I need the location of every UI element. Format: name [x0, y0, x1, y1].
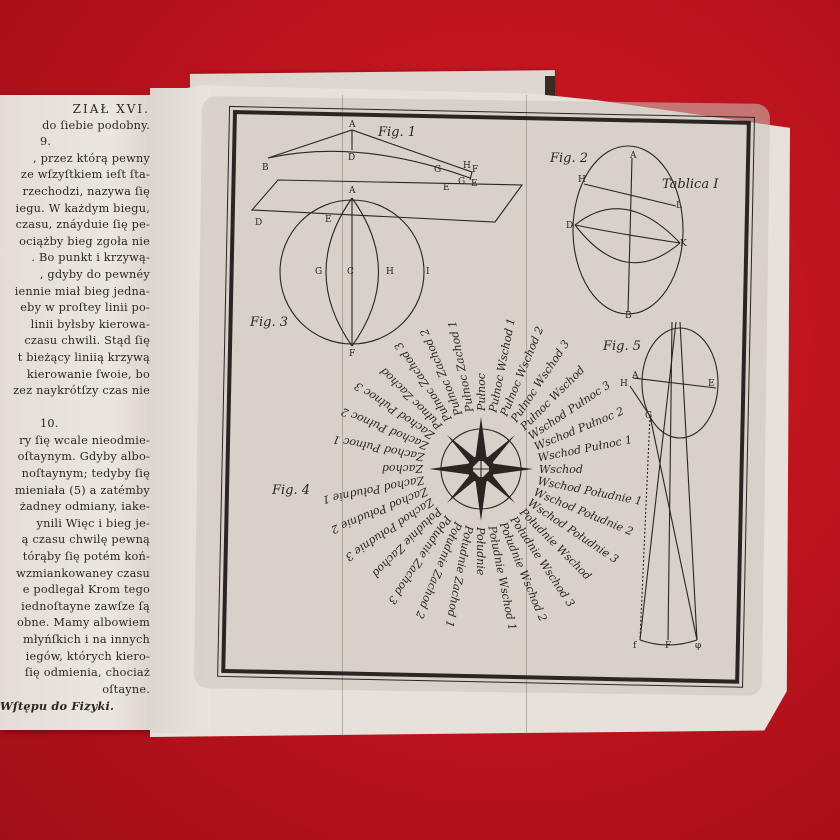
compass-point-label: Zachod [382, 462, 424, 475]
svg-text:F: F [472, 165, 478, 175]
fig5-label: Fig. 5 [602, 339, 641, 354]
svg-text:D: D [348, 153, 355, 163]
svg-text:E: E [443, 183, 450, 193]
svg-text:F: F [349, 349, 355, 359]
plate-title: Tablica I [662, 177, 719, 192]
compass-point-label: Południe [474, 526, 487, 576]
svg-text:G: G [434, 165, 441, 175]
svg-text:A: A [348, 120, 356, 130]
engraving-drawings: Fig. 1 Fig. 2 Fig. 3 Fig. 4 Fig. 5 Tabli… [0, 0, 840, 840]
figure-5 [630, 322, 718, 645]
figure-2 [573, 146, 683, 314]
svg-text:A: A [631, 371, 639, 381]
svg-text:D: D [566, 221, 573, 231]
svg-text:H: H [620, 379, 628, 389]
svg-text:G: G [458, 177, 465, 187]
svg-text:A: A [629, 151, 637, 161]
svg-text:H: H [463, 161, 471, 171]
compass-rose [429, 417, 533, 521]
compass-point-label: Pułnoc [475, 373, 488, 412]
svg-text:I: I [426, 267, 430, 277]
svg-text:B: B [262, 163, 269, 173]
svg-text:D: D [255, 218, 262, 228]
svg-text:f: f [633, 641, 637, 651]
compass-point-label: Wschod [539, 463, 583, 476]
fig2-label: Fig. 2 [549, 151, 588, 166]
svg-text:φ: φ [695, 641, 701, 651]
figure-1 [252, 130, 522, 222]
svg-text:E: E [325, 215, 332, 225]
svg-text:E: E [471, 179, 478, 189]
svg-text:K: K [680, 239, 687, 249]
fig4-label: Fig. 4 [271, 483, 310, 498]
svg-text:G: G [645, 411, 652, 421]
svg-text:H: H [578, 175, 586, 185]
svg-text:C: C [347, 267, 354, 277]
svg-text:B: B [625, 311, 632, 321]
compass-labels: Pułnoc Pułnoc Wschod 1 Pułnoc Wschod 2 P… [321, 317, 643, 631]
svg-text:E: E [708, 379, 715, 389]
fig3-label: Fig. 3 [249, 315, 288, 330]
svg-text:F: F [665, 641, 671, 651]
svg-text:L: L [676, 201, 682, 211]
svg-text:H: H [386, 267, 394, 277]
fig1-label: Fig. 1 [377, 125, 416, 140]
svg-text:A: A [348, 186, 356, 196]
svg-text:G: G [315, 267, 322, 277]
